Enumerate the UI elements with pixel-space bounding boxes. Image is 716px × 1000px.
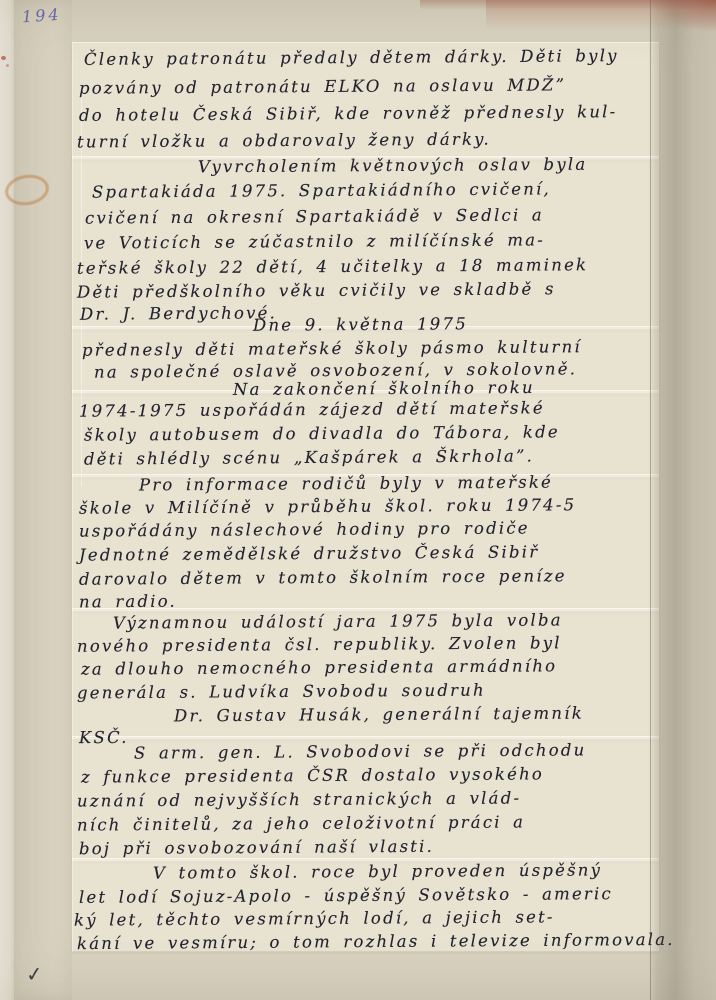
handwritten-line: Spartakiáda 1975. Spartakiádního cvičení… [92, 181, 551, 201]
handwriting-layer: Členky patronátu předaly dětem dárky. Dě… [0, 0, 716, 1000]
handwritten-line: přednesly děti mateřské školy pásmo kult… [82, 339, 582, 359]
handwritten-line: boj při osvobozování naší vlasti. [79, 839, 434, 858]
handwritten-line: Členky patronátu předaly dětem dárky. Dě… [84, 48, 619, 68]
handwritten-line: uznání od nejvyšších stranických a vlád- [77, 790, 521, 810]
handwritten-line: do hotelu Česká Sibiř, kde rovněž předne… [79, 104, 617, 124]
handwritten-line: KSČ. [79, 730, 129, 747]
reviewer-checkmark: ✓ [25, 961, 44, 987]
handwritten-line: z funkce presidenta ČSR dostalo vysokého [81, 766, 544, 786]
handwritten-line: Dr. Gustav Husák, generální tajemník [174, 706, 584, 725]
top-edge-color-cast [420, 0, 716, 10]
handwritten-line: ký let, těchto vesmírných lodí, a jejich… [74, 909, 555, 929]
page-fold-seam [650, 0, 651, 1000]
handwritten-line: ve Voticích se zúčastnilo z milíčínské m… [84, 232, 545, 252]
handwritten-line: Jednotné zemědělské družstvo Česká Sibiř [79, 544, 539, 564]
page-fold-shadow [648, 0, 716, 1000]
handwritten-line: darovalo dětem v tomto školním roce pení… [79, 568, 567, 588]
handwritten-line: cvičení na okresní Spartakiádě v Sedlci … [85, 207, 544, 227]
handwritten-line: škole v Milíčíně v průběhu škol. roku 19… [79, 497, 576, 517]
handwritten-line: děti shlédly scénu „Kašpárek a Škrhola”. [84, 448, 534, 468]
handwritten-line: Významnou událostí jara 1975 byla volba [113, 612, 563, 632]
handwritten-line: turní vložku a obdarovaly ženy dárky. [77, 132, 491, 151]
handwritten-line: kání ve vesmíru; o tom rozhlas i televiz… [77, 932, 675, 953]
handwritten-line: Vyvrcholením květnových oslav byla [198, 157, 587, 176]
handwritten-line: Dne 9. května 1975 [253, 316, 468, 334]
handwritten-line: 1974-1975 uspořádán zájezd dětí mateřské [79, 400, 545, 420]
red-ink-speck [1, 56, 6, 60]
chronicle-page-scan: 194 Členky patronátu předaly dětem dárky… [0, 0, 716, 1000]
handwritten-line: ních činitelů, za jeho celoživotní práci… [77, 814, 525, 834]
handwritten-line: na radio. [79, 594, 177, 611]
red-ink-speck [6, 64, 9, 67]
handwritten-line: Na zakončení školního roku [233, 380, 535, 399]
handwritten-line: Dr. J. Berdychové. [80, 305, 277, 323]
handwritten-line: V tomto škol. roce byl proveden úspěšný [153, 862, 602, 882]
handwritten-line: generála s. Ludvíka Svobodu soudruh [77, 683, 486, 702]
handwritten-line: za dlouho nemocného presidenta armádního [81, 658, 557, 678]
handwritten-line: Děti předškolního věku cvičily ve skladb… [77, 281, 556, 301]
handwritten-line: S arm. gen. L. Svobodovi se při odchodu [134, 742, 587, 762]
handwritten-line: pozvány od patronátu ELKO na oslavu MDŽ” [79, 77, 566, 97]
handwritten-line: školy autobusem do divadla do Tábora, kd… [84, 424, 560, 444]
handwritten-line: nového presidenta čsl. republiky. Zvolen… [77, 635, 562, 655]
handwritten-line: uspořádány náslechové hodiny pro rodiče [79, 520, 530, 540]
handwritten-line: let lodí Sojuz-Apolo - úspěšný Sovětsko … [79, 886, 613, 906]
handwritten-line: teřské školy 22 dětí, 4 učitelky a 18 ma… [77, 257, 588, 277]
handwritten-line: Pro informace rodičů byly v mateřské [139, 475, 553, 494]
